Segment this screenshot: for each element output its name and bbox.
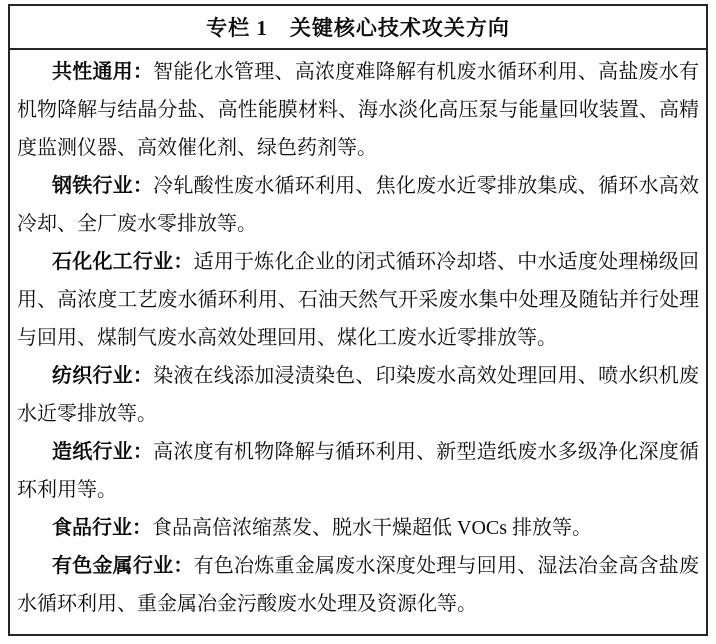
section-label: 纺织行业： (52, 365, 153, 387)
panel-body: 共性通用：智能化水管理、高浓度难降解有机废水循环利用、高盐废水有机物降解与结晶分… (10, 50, 706, 623)
section-label: 有色金属行业： (52, 555, 194, 577)
section-label: 造纸行业： (52, 441, 153, 463)
section-text: 食品高倍浓缩蒸发、脱水干燥超低 VOCs 排放等。 (152, 517, 592, 539)
section-paragraph-common: 共性通用：智能化水管理、高浓度难降解有机废水循环利用、高盐废水有机物降解与结晶分… (17, 53, 699, 167)
section-label: 钢铁行业： (52, 175, 153, 197)
section-label: 石化化工行业： (52, 251, 194, 273)
section-paragraph-steel: 钢铁行业：冷轧酸性废水循环利用、焦化废水近零排放集成、循环水高效冷却、全厂废水零… (17, 167, 699, 243)
section-paragraph-paper: 造纸行业：高浓度有机物降解与循环利用、新型造纸废水多级净化深度循环利用等。 (17, 433, 699, 509)
section-paragraph-nonferrous: 有色金属行业：有色冶炼重金属废水深度处理与回用、湿法冶金高含盐废水循环利用、重金… (17, 547, 699, 623)
section-paragraph-food: 食品行业：食品高倍浓缩蒸发、脱水干燥超低 VOCs 排放等。 (17, 509, 699, 547)
section-paragraph-petrochemical: 石化化工行业：适用于炼化企业的闭式循环冷却塔、中水适度处理梯级回用、高浓度工艺废… (17, 243, 699, 357)
section-label: 共性通用： (52, 61, 153, 83)
section-paragraph-textile: 纺织行业：染液在线添加浸渍染色、印染废水高效处理回用、喷水织机废水近零排放等。 (17, 357, 699, 433)
column-panel: 专栏 1 关键核心技术攻关方向 共性通用：智能化水管理、高浓度难降解有机废水循环… (8, 4, 708, 636)
panel-title-bar: 专栏 1 关键核心技术攻关方向 (10, 6, 706, 50)
section-label: 食品行业： (52, 517, 152, 539)
document-page: { "panel": { "title": "专栏 1 关键核心技术攻关方向",… (0, 0, 716, 644)
panel-title: 专栏 1 关键核心技术攻关方向 (206, 12, 510, 42)
